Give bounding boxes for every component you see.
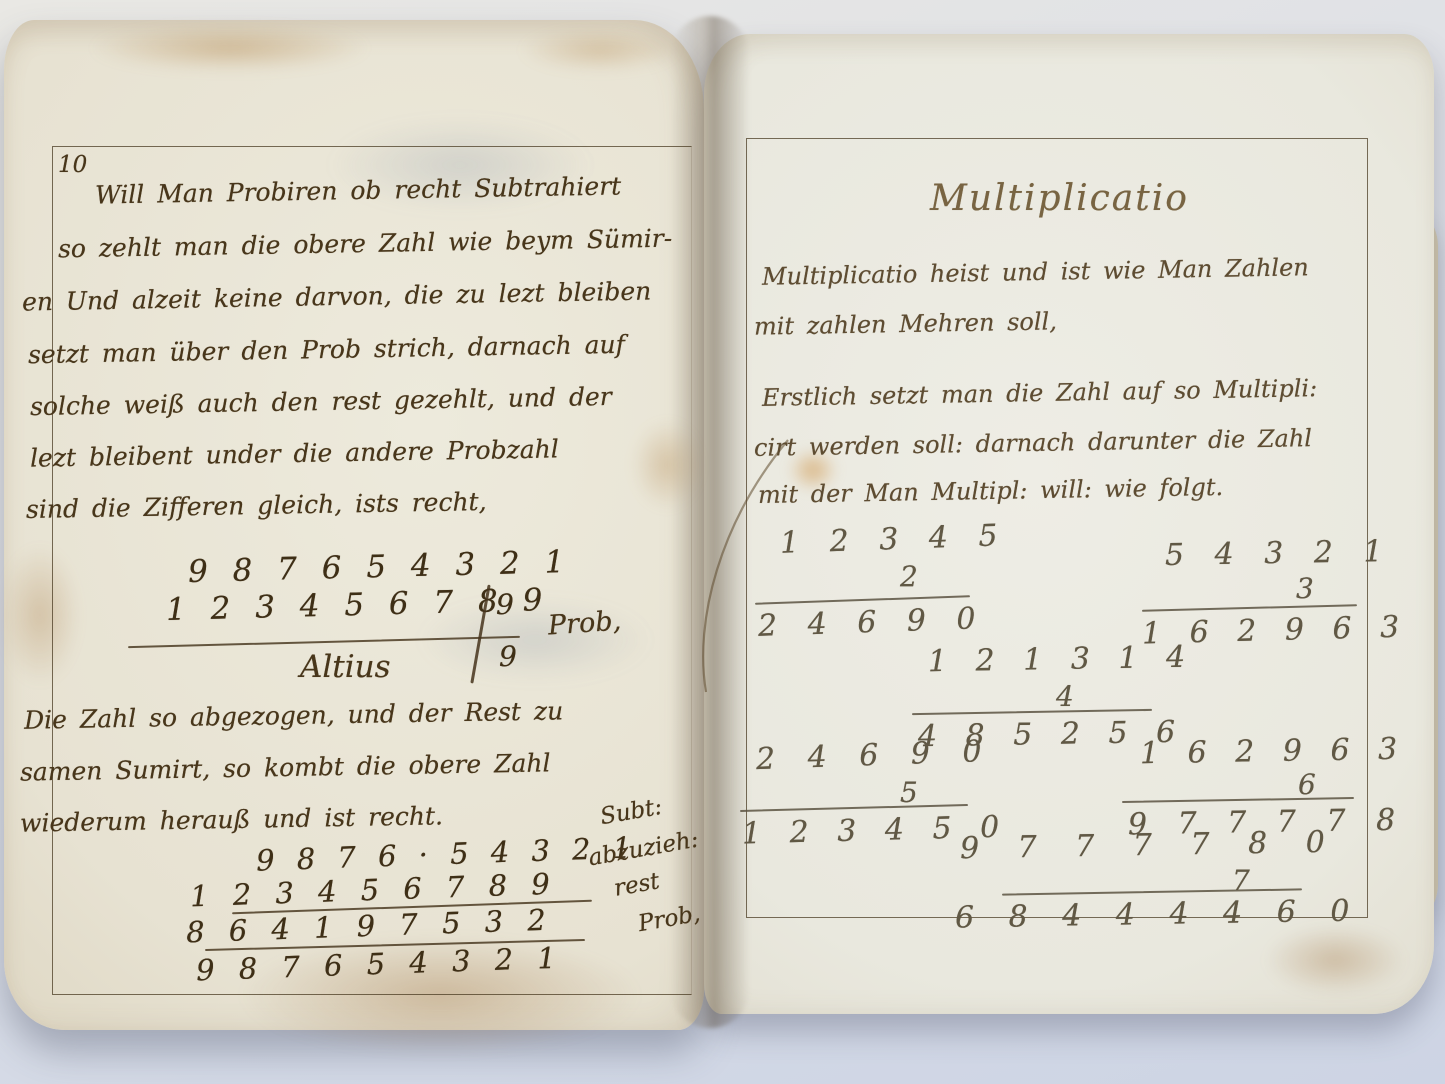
multiplier: 5	[900, 776, 918, 809]
multiplier: 7	[1232, 864, 1250, 897]
ink-flourish	[690, 430, 800, 700]
prob-denominator: 9	[499, 640, 517, 673]
stain	[520, 28, 680, 72]
multiplicand: 9 7 7 7 7 8 0	[960, 825, 1337, 867]
multiplicand: 1 6 2 9 6 3	[1140, 732, 1405, 772]
stain	[1265, 925, 1405, 995]
multiplier: 3	[1296, 572, 1314, 605]
prob-numerator: 9	[496, 588, 514, 621]
right-intro-line: mit zahlen Mehren soll,	[754, 307, 1057, 340]
multiplier: 6	[1298, 768, 1316, 801]
product: 6 8 4 4 4 4 6 0	[955, 893, 1360, 935]
page-number: 10	[58, 152, 87, 178]
multiplicand: 5 4 3 2 1	[1165, 534, 1391, 573]
prob-label: Prob,	[547, 605, 622, 641]
manuscript-photo: 10 Will Man Probiren ob recht Subtrahier…	[0, 0, 1445, 1084]
right-page-title: Multiplicatio	[930, 178, 1189, 219]
multiplicand: 1 2 1 3 1 4	[928, 640, 1193, 680]
multiplier: 2	[900, 560, 918, 593]
multiplier: 4	[1056, 680, 1074, 713]
check-caption: Altius	[300, 649, 391, 685]
stain	[90, 24, 370, 72]
